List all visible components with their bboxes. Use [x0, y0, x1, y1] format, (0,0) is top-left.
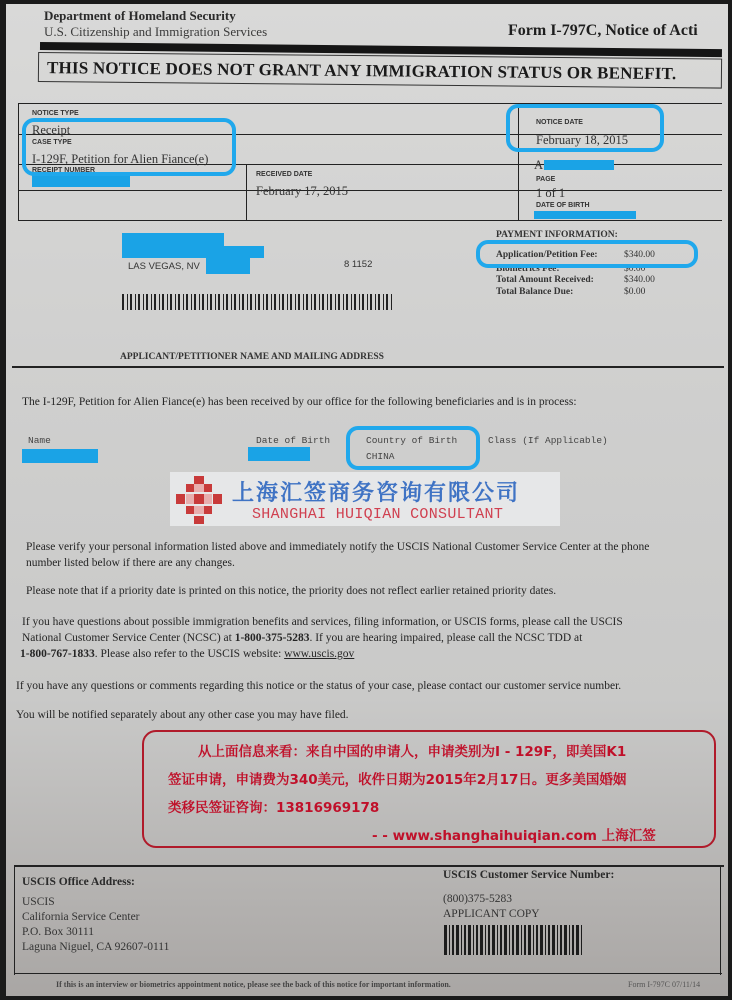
company-logo-icon [174, 476, 226, 524]
beneficiaries-intro: The I-129F, Petition for Alien Fiance(e)… [22, 396, 577, 408]
watermark-company-cn: 上海汇签商务咨询有限公司 [232, 476, 520, 507]
postal-barcode [122, 294, 394, 310]
payment-row: Total Balance Due: $0.00 [496, 287, 706, 299]
payment-title: PAYMENT INFORMATION: [496, 230, 618, 240]
tdd-phone: 1-800-767-1833 [20, 648, 95, 660]
redacted-beneficiary-dob [248, 447, 310, 461]
mailing-address-label: APPLICANT/PETITIONER NAME AND MAILING AD… [120, 352, 384, 362]
footer-note: If this is an interview or biometrics ap… [56, 980, 451, 989]
redacted-receipt-number [32, 175, 130, 187]
department-name: Department of Homeland Security [44, 8, 236, 24]
page-value: 1 of 1 [536, 186, 565, 201]
received-date-value: February 17, 2015 [256, 184, 348, 199]
verify-info-paragraph-line2: number listed below if there are any cha… [26, 557, 235, 569]
separate-notice-paragraph: You will be notified separately about an… [16, 709, 349, 721]
office-address-title: USCIS Office Address: [22, 876, 135, 888]
redacted-alien-number [544, 160, 614, 170]
redacted-name [122, 233, 224, 247]
case-type-highlight [22, 118, 236, 176]
mailing-city: LAS VEGAS, NV [128, 261, 200, 272]
form-title: Form I-797C, Notice of Acti [508, 22, 698, 40]
comments-paragraph: If you have any questions or comments re… [16, 680, 621, 692]
customer-service-phone: (800)375-5283 [443, 892, 512, 907]
annotation-website[interactable]: - - www.shanghaihuiqian.com 上海汇签 [372, 824, 656, 844]
fee-highlight [476, 240, 698, 268]
questions-paragraph-line1: If you have questions about possible imm… [22, 616, 623, 628]
notice-date-highlight [506, 104, 664, 152]
annotation-line1: 从上面信息来看：来自中国的申请人，申请类别为I - 129F，即美国K1 [198, 740, 626, 760]
ncsc-phone: 1-800-375-5283 [235, 632, 310, 644]
country-highlight [346, 426, 480, 470]
dob-label: DATE OF BIRTH [536, 202, 590, 209]
watermark-company-en: SHANGHAI HUIQIAN CONSULTANT [252, 506, 503, 523]
applicant-copy-label: APPLICANT COPY [443, 907, 540, 922]
questions-paragraph-line3: 1-800-767-1833. Please also refer to the… [20, 648, 354, 660]
annotation-line2: 签证申请，申请费为340美元，收件日期为2015年2月17日。更多美国婚姻 [168, 768, 626, 788]
customer-service-title: USCIS Customer Service Number: [443, 869, 614, 881]
questions-paragraph-line2: National Customer Service Center (NCSC) … [22, 632, 582, 644]
office-address: USCIS California Service Center P.O. Box… [22, 895, 169, 955]
payment-row: Total Amount Received: $340.00 [496, 275, 706, 287]
notice-type-label: NOTICE TYPE [32, 110, 79, 117]
mailing-zip-fragment: 8 1152 [344, 259, 372, 270]
received-date-label: RECEIVED DATE [256, 171, 312, 178]
footer-form-number: Form I-797C 07/11/14 [628, 980, 700, 989]
col-name: Name [28, 435, 51, 446]
annotation-line3: 类移民签证咨询：13816969178 [168, 796, 379, 816]
section-divider [12, 366, 724, 368]
redacted-beneficiary-name [22, 449, 98, 463]
agency-name: U.S. Citizenship and Immigration Service… [44, 24, 267, 40]
col-dob: Date of Birth [256, 435, 330, 446]
document-barcode [444, 925, 582, 955]
priority-date-paragraph: Please note that if a priority date is p… [26, 585, 556, 597]
redacted-zip [206, 256, 250, 274]
verify-info-paragraph-line1: Please verify your personal information … [26, 541, 649, 553]
redacted-dob [534, 211, 636, 219]
alien-number-prefix: A [534, 158, 543, 173]
page-label: PAGE [536, 176, 555, 183]
col-class: Class (If Applicable) [488, 435, 608, 446]
uscis-website-link[interactable]: www.uscis.gov [284, 648, 354, 660]
